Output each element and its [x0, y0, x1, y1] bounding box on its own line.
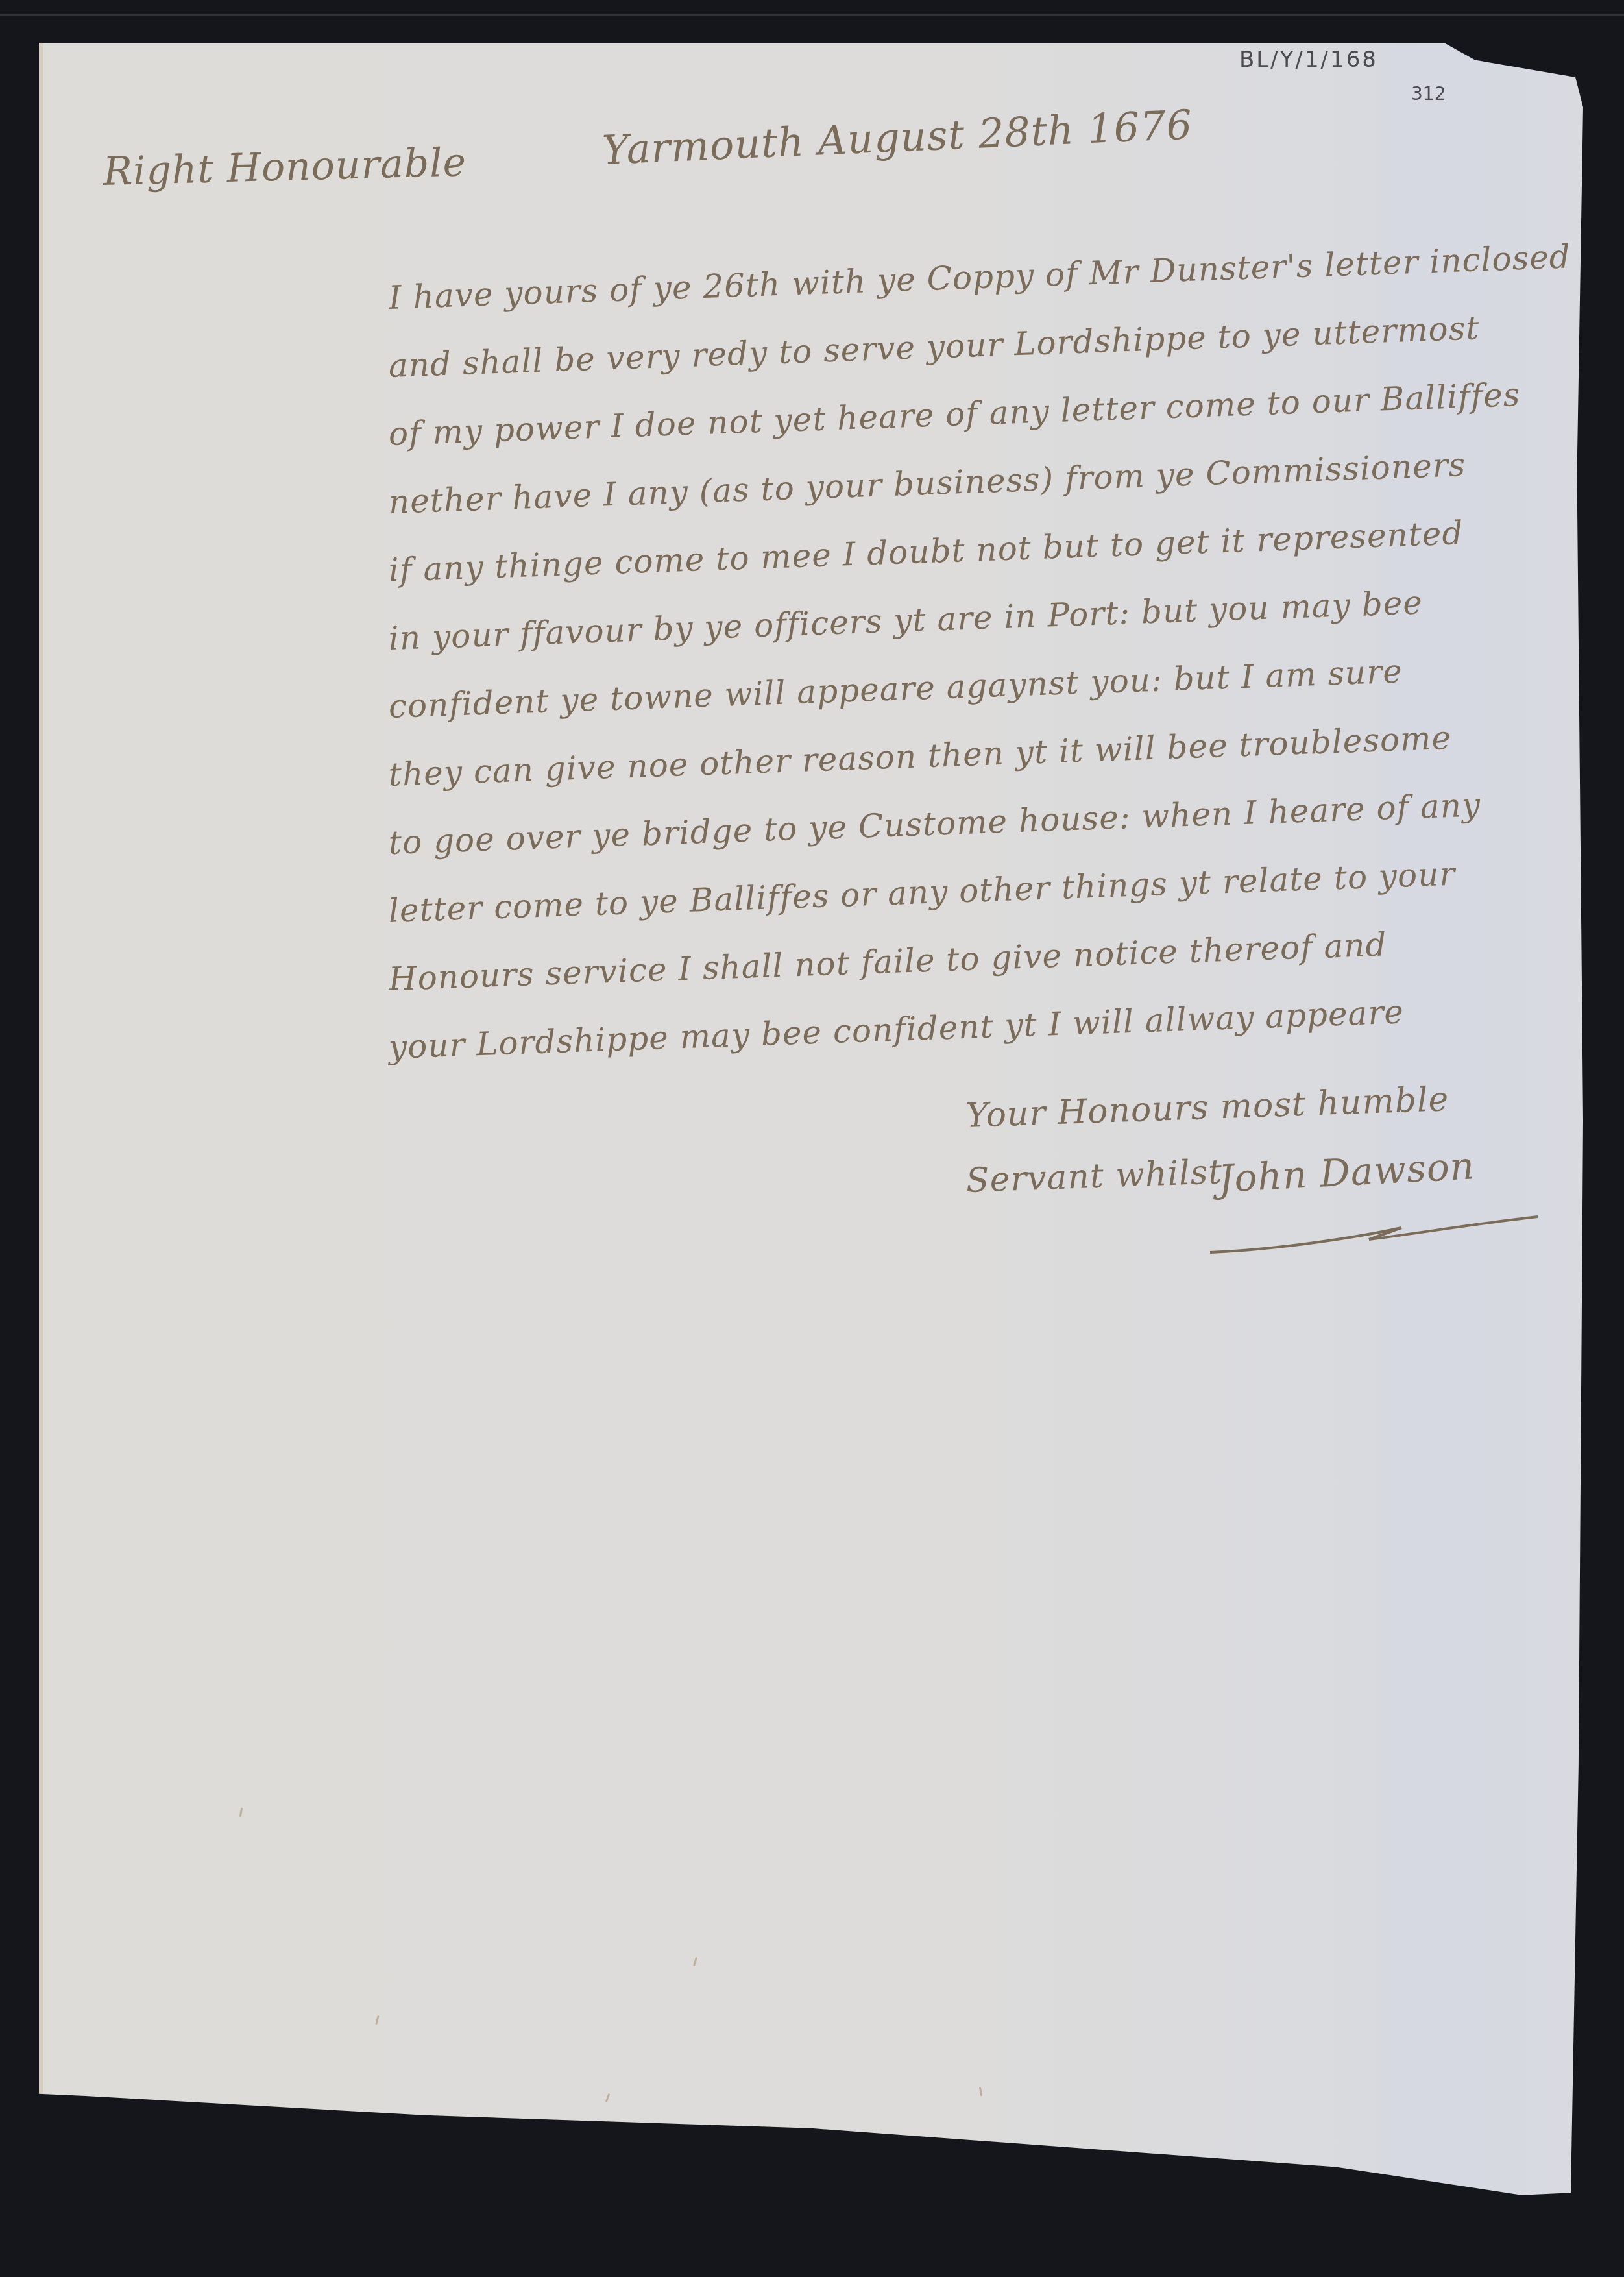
paper-fleck [979, 2087, 982, 2096]
paper-fleck [693, 1957, 697, 1966]
salutation: Right Honourable [103, 140, 467, 195]
paper-fleck [605, 2093, 611, 2102]
paper-fleck [239, 1808, 243, 1817]
paper-fleck [375, 2015, 380, 2025]
archive-reference: BL/Y/1/168 [1239, 47, 1378, 73]
folio-number: 312 [1411, 83, 1446, 104]
mount-frame-edge [0, 14, 1624, 16]
signature-flourish [1207, 1213, 1544, 1259]
